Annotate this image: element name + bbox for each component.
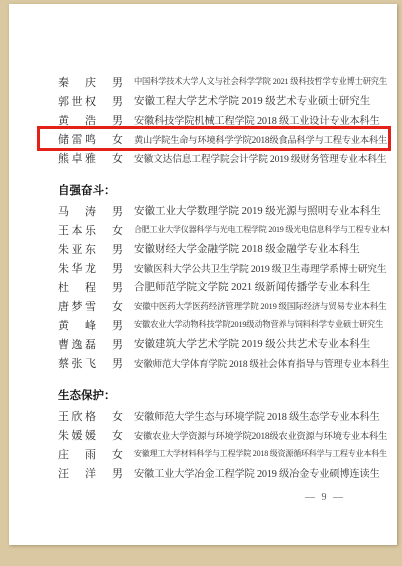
section: 秦 庆男中国科学技术大学人文与社会科学学院 2021 级科技哲学专业博士研究生郭… bbox=[58, 72, 389, 167]
entry-gender: 男 bbox=[112, 112, 123, 128]
entry-description: 安徽理工大学材料科学与工程学院 2018 级资源循环科学与工程专业本科生 bbox=[134, 448, 389, 459]
entry-description: 安徽工业大学冶金工程学院 2019 级冶金专业硕博连读生 bbox=[134, 465, 389, 480]
entry-row: 杜 程男合肥师范学院文学院 2021 级新闻传播学专业本科生 bbox=[58, 277, 389, 296]
entry-row: 秦 庆男中国科学技术大学人文与社会科学学院 2021 级科技哲学专业博士研究生 bbox=[58, 72, 389, 91]
entry-description: 安徽师范大学生态与环境学院 2018 级生态学专业本科生 bbox=[134, 408, 389, 423]
entry-description: 中国科学技术大学人文与社会科学学院 2021 级科技哲学专业博士研究生 bbox=[134, 76, 389, 87]
entry-gender: 男 bbox=[112, 336, 123, 352]
entry-gender: 男 bbox=[112, 355, 123, 371]
entry-description: 安徽农业大学动物科技学院2019级动物营养与饲料科学专业硕士研究生 bbox=[134, 319, 389, 330]
entry-name: 曹逸磊 bbox=[58, 336, 96, 352]
entry-description: 合肥工业大学仪器科学与光电工程学院 2019 级光电信息科学与工程专业本科生 bbox=[134, 224, 389, 235]
entry-gender: 男 bbox=[112, 465, 123, 481]
entry-name: 王欣格 bbox=[58, 408, 96, 424]
entry-name: 庄 雨 bbox=[58, 446, 96, 462]
entry-name: 秦 庆 bbox=[58, 74, 96, 90]
entry-description: 安徽科技学院机械工程学院 2018 级工业设计专业本科生 bbox=[134, 112, 389, 127]
entry-gender: 男 bbox=[112, 279, 123, 295]
entry-row: 王欣格女安徽师范大学生态与环境学院 2018 级生态学专业本科生 bbox=[58, 406, 389, 425]
entry-gender: 女 bbox=[112, 446, 123, 462]
entry-description: 安徽工业大学数理学院 2019 级光源与照明专业本科生 bbox=[134, 203, 389, 218]
entry-row: 郭世权男安徽工程大学艺术学院 2019 级艺术专业硕士研究生 bbox=[58, 91, 389, 110]
entry-name: 熊卓雅 bbox=[58, 150, 96, 166]
entry-gender: 女 bbox=[112, 131, 123, 147]
entry-row: 朱亚东男安徽财经大学金融学院 2018 级金融学专业本科生 bbox=[58, 239, 389, 258]
entry-name: 汪 洋 bbox=[58, 465, 96, 481]
entry-gender: 男 bbox=[112, 93, 123, 109]
scan-background: 秦 庆男中国科学技术大学人文与社会科学学院 2021 级科技哲学专业博士研究生郭… bbox=[0, 0, 402, 566]
entry-row: 汪 洋男安徽工业大学冶金工程学院 2019 级冶金专业硕博连读生 bbox=[58, 463, 389, 482]
entry-gender: 女 bbox=[112, 150, 123, 166]
entry-row: 唐梦雪女安徽中医药大学医药经济管理学院 2019 级国际经济与贸易专业本科生 bbox=[58, 296, 389, 315]
entry-row: 朱媛媛女安徽农业大学资源与环境学院2018级农业资源与环境专业本科生 bbox=[58, 425, 389, 444]
entry-description: 安徽医科大学公共卫生学院 2019 级卫生毒理学系博士研究生 bbox=[134, 261, 389, 275]
entry-name: 朱亚东 bbox=[58, 241, 96, 257]
entry-description: 安徽中医药大学医药经济管理学院 2019 级国际经济与贸易专业本科生 bbox=[134, 300, 389, 312]
sections-container: 秦 庆男中国科学技术大学人文与社会科学学院 2021 级科技哲学专业博士研究生郭… bbox=[58, 72, 389, 482]
entry-description: 安徽建筑大学艺术学院 2019 级公共艺术专业本科生 bbox=[134, 336, 389, 351]
entry-gender: 男 bbox=[112, 203, 123, 219]
entry-description: 安徽农业大学资源与环境学院2018级农业资源与环境专业本科生 bbox=[134, 428, 389, 442]
entry-description: 安徽师范大学体育学院 2018 级社会体育指导与管理专业本科生 bbox=[134, 356, 389, 370]
entry-gender: 男 bbox=[112, 241, 123, 257]
entry-name: 储雷鸣 bbox=[58, 131, 96, 147]
entry-name: 蔡张飞 bbox=[58, 355, 96, 371]
entry-row: 储雷鸣女黄山学院生命与环境科学学院2018级食品科学与工程专业本科生 bbox=[58, 129, 389, 148]
entry-row: 黄 峰男安徽农业大学动物科技学院2019级动物营养与饲料科学专业硕士研究生 bbox=[58, 315, 389, 334]
entry-description: 黄山学院生命与环境科学学院2018级食品科学与工程专业本科生 bbox=[134, 132, 389, 146]
entry-name: 马 涛 bbox=[58, 203, 96, 219]
entry-row: 朱华龙男安徽医科大学公共卫生学院 2019 级卫生毒理学系博士研究生 bbox=[58, 258, 389, 277]
entry-row: 蔡张飞男安徽师范大学体育学院 2018 级社会体育指导与管理专业本科生 bbox=[58, 353, 389, 372]
entry-row: 黄 浩男安徽科技学院机械工程学院 2018 级工业设计专业本科生 bbox=[58, 110, 389, 129]
section-heading: 生态保护： bbox=[58, 386, 389, 406]
entry-description: 安徽工程大学艺术学院 2019 级艺术专业硕士研究生 bbox=[134, 93, 389, 108]
entry-gender: 女 bbox=[112, 408, 123, 424]
entry-gender: 女 bbox=[112, 298, 123, 314]
section-heading: 自强奋斗： bbox=[58, 181, 389, 201]
section: 自强奋斗：马 涛男安徽工业大学数理学院 2019 级光源与照明专业本科生王本乐女… bbox=[58, 181, 389, 372]
entry-name: 黄 峰 bbox=[58, 317, 96, 333]
entry-gender: 男 bbox=[112, 260, 123, 276]
entry-name: 朱媛媛 bbox=[58, 427, 96, 443]
entry-name: 郭世权 bbox=[58, 93, 96, 109]
entry-description: 安徽文达信息工程学院会计学院 2019 级财务管理专业本科生 bbox=[134, 151, 389, 165]
entry-gender: 男 bbox=[112, 74, 123, 90]
entry-description: 合肥师范学院文学院 2021 级新闻传播学专业本科生 bbox=[134, 279, 389, 294]
entry-row: 庄 雨女安徽理工大学材料科学与工程学院 2018 级资源循环科学与工程专业本科生 bbox=[58, 444, 389, 463]
entry-name: 黄 浩 bbox=[58, 112, 96, 128]
entry-name: 唐梦雪 bbox=[58, 298, 96, 314]
entry-gender: 女 bbox=[112, 427, 123, 443]
page-number: — 9 — bbox=[58, 488, 389, 507]
document-page: 秦 庆男中国科学技术大学人文与社会科学学院 2021 级科技哲学专业博士研究生郭… bbox=[9, 4, 397, 545]
entry-gender: 女 bbox=[112, 222, 123, 238]
entry-name: 王本乐 bbox=[58, 222, 96, 238]
page-content: 秦 庆男中国科学技术大学人文与社会科学学院 2021 级科技哲学专业博士研究生郭… bbox=[9, 4, 397, 507]
entry-row: 曹逸磊男安徽建筑大学艺术学院 2019 级公共艺术专业本科生 bbox=[58, 334, 389, 353]
entry-row: 王本乐女合肥工业大学仪器科学与光电工程学院 2019 级光电信息科学与工程专业本… bbox=[58, 220, 389, 239]
section: 生态保护：王欣格女安徽师范大学生态与环境学院 2018 级生态学专业本科生朱媛媛… bbox=[58, 386, 389, 482]
entry-description: 安徽财经大学金融学院 2018 级金融学专业本科生 bbox=[134, 241, 389, 256]
entry-gender: 男 bbox=[112, 317, 123, 333]
entry-row: 马 涛男安徽工业大学数理学院 2019 级光源与照明专业本科生 bbox=[58, 201, 389, 220]
entry-name: 杜 程 bbox=[58, 279, 96, 295]
entry-name: 朱华龙 bbox=[58, 260, 96, 276]
entry-row: 熊卓雅女安徽文达信息工程学院会计学院 2019 级财务管理专业本科生 bbox=[58, 148, 389, 167]
